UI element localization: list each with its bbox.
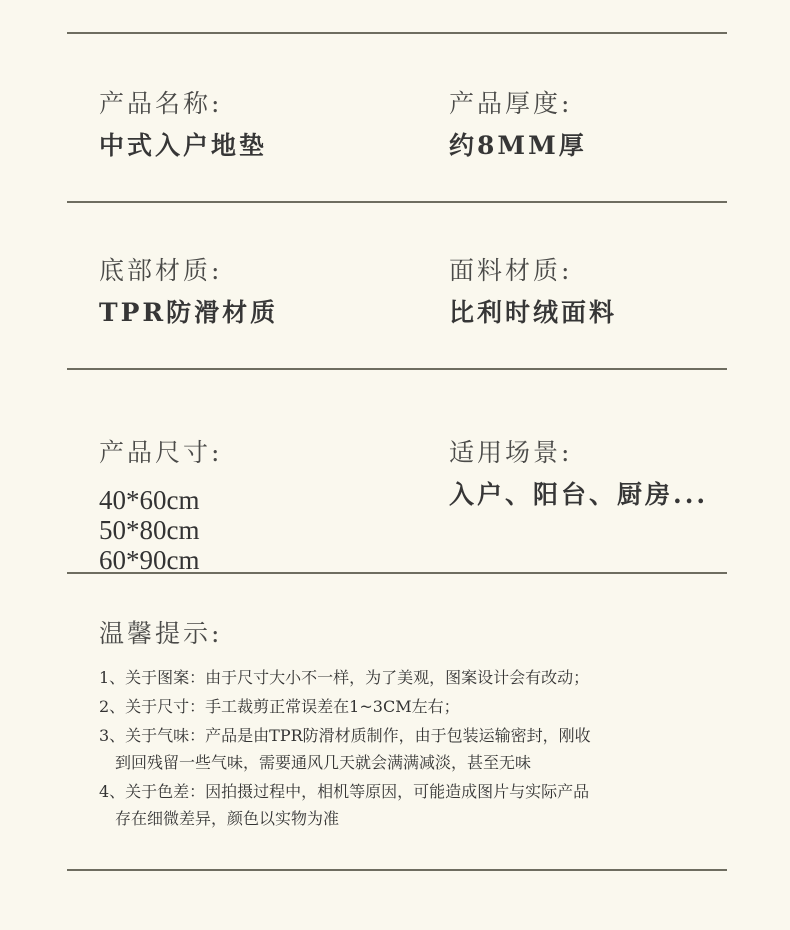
size-option: 40*60cm — [99, 485, 222, 515]
divider-bottom — [67, 869, 727, 871]
size-list: 40*60cm 50*80cm 60*90cm — [99, 485, 222, 575]
spec-label: 产品尺寸: — [99, 437, 222, 469]
size-option: 60*90cm — [99, 545, 222, 575]
tip-line: 存在细微差异，颜色以实物为准 — [99, 805, 729, 832]
tip-item: 3、关于气味：产品是由TPR防滑材质制作，由于包装运输密封，刚收 到回残留一些气… — [99, 722, 729, 776]
size-option: 50*80cm — [99, 515, 222, 545]
spec-scenes: 适用场景: 入户、阳台、厨房... — [449, 437, 708, 511]
spec-label: 适用场景: — [449, 437, 708, 469]
tips-title: 温馨提示: — [99, 614, 222, 650]
divider — [67, 368, 727, 370]
spec-value: 约8MM厚 — [449, 130, 587, 162]
spec-bottom-material: 底部材质: TPR防滑材质 — [99, 255, 278, 329]
spec-label: 产品厚度: — [449, 88, 587, 120]
spec-label: 面料材质: — [449, 255, 617, 287]
tip-item: 1、关于图案：由于尺寸大小不一样，为了美观，图案设计会有改动； — [99, 664, 729, 691]
tip-line: 到回残留一些气味，需要通风几天就会满满减淡，甚至无味 — [99, 749, 729, 776]
spec-surface-material: 面料材质: 比利时绒面料 — [449, 255, 617, 329]
tip-line: 1、关于图案：由于尺寸大小不一样，为了美观，图案设计会有改动； — [99, 664, 729, 691]
tip-item: 2、关于尺寸：手工裁剪正常误差在1~3CM左右； — [99, 693, 729, 720]
tip-line: 2、关于尺寸：手工裁剪正常误差在1~3CM左右； — [99, 693, 729, 720]
tip-line: 3、关于气味：产品是由TPR防滑材质制作，由于包装运输密封，刚收 — [99, 722, 729, 749]
spec-value: 中式入户地垫 — [99, 130, 267, 162]
tips-list: 1、关于图案：由于尺寸大小不一样，为了美观，图案设计会有改动； 2、关于尺寸：手… — [99, 664, 729, 834]
tip-item: 4、关于色差：因拍摄过程中，相机等原因，可能造成图片与实际产品 存在细微差异，颜… — [99, 778, 729, 832]
divider — [67, 572, 727, 574]
spec-value: 比利时绒面料 — [449, 297, 617, 329]
spec-label: 产品名称: — [99, 88, 267, 120]
tip-line: 4、关于色差：因拍摄过程中，相机等原因，可能造成图片与实际产品 — [99, 778, 729, 805]
divider — [67, 201, 727, 203]
spec-product-name: 产品名称: 中式入户地垫 — [99, 88, 267, 162]
divider-top — [67, 32, 727, 34]
spec-thickness: 产品厚度: 约8MM厚 — [449, 88, 587, 162]
spec-value: TPR防滑材质 — [99, 297, 278, 329]
spec-size: 产品尺寸: 40*60cm 50*80cm 60*90cm — [99, 437, 222, 575]
spec-value: 入户、阳台、厨房... — [449, 479, 708, 511]
spec-label: 底部材质: — [99, 255, 278, 287]
